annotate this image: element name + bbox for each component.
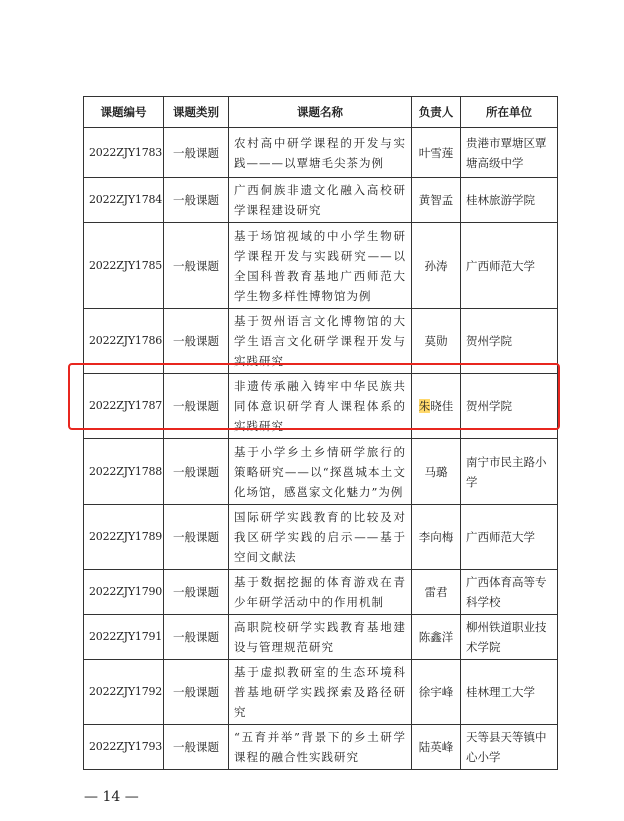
cell-category: 一般课题 [164,570,229,615]
cell-code: 2022ZJY1792 [84,660,164,725]
table-row-highlighted: 2022ZJY1787 一般课题 非遗传承融入铸牢中华民族共同体意识研学育人课程… [84,374,558,439]
cell-code: 2022ZJY1791 [84,615,164,660]
cell-code: 2022ZJY1786 [84,309,164,374]
cell-title: 广西侗族非遗文化融入高校研学课程建设研究 [229,178,412,223]
cell-unit: 天等县天等镇中心小学 [461,725,558,770]
table-row: 2022ZJY1785 一般课题 基于场馆视域的中小学生物研学课程开发与实践研究… [84,223,558,309]
cell-leader: 黄智孟 [412,178,461,223]
cell-leader: 雷君 [412,570,461,615]
cell-title: 基于数据挖掘的体育游戏在青少年研学活动中的作用机制 [229,570,412,615]
cell-leader: 叶雪莲 [412,128,461,178]
cell-title: 基于小学乡土乡情研学旅行的策略研究——以“探邕城本土文化场馆，感邕家文化魅力”为… [229,439,412,505]
cell-leader: 李向梅 [412,505,461,570]
cell-unit: 柳州铁道职业技术学院 [461,615,558,660]
cell-title: 高职院校研学实践教育基地建设与管理规范研究 [229,615,412,660]
cell-code: 2022ZJY1787 [84,374,164,439]
table-row: 2022ZJY1790 一般课题 基于数据挖掘的体育游戏在青少年研学活动中的作用… [84,570,558,615]
cell-leader: 马璐 [412,439,461,505]
cell-title: 基于虚拟教研室的生态环境科普基地研学实践探索及路径研究 [229,660,412,725]
table-row: 2022ZJY1789 一般课题 国际研学实践教育的比较及对我区研学实践的启示—… [84,505,558,570]
cell-unit: 南宁市民主路小学 [461,439,558,505]
header-leader: 负责人 [412,97,461,128]
cell-title: 农村高中研学课程的开发与实践———以覃塘毛尖茶为例 [229,128,412,178]
cell-title: 基于贺州语言文化博物馆的大学生语言文化研学课程开发与实践研究 [229,309,412,374]
cell-unit: 贵港市覃塘区覃塘高级中学 [461,128,558,178]
cell-leader: 孙涛 [412,223,461,309]
cell-category: 一般课题 [164,505,229,570]
header-title: 课题名称 [229,97,412,128]
cell-leader: 徐宇峰 [412,660,461,725]
cell-code: 2022ZJY1783 [84,128,164,178]
cell-category: 一般课题 [164,615,229,660]
cell-category: 一般课题 [164,439,229,505]
cell-unit: 广西体育高等专科学校 [461,570,558,615]
header-code: 课题编号 [84,97,164,128]
header-category: 课题类别 [164,97,229,128]
cell-category: 一般课题 [164,309,229,374]
cell-category: 一般课题 [164,374,229,439]
cell-code: 2022ZJY1788 [84,439,164,505]
leader-highlighted-char: 朱 [419,399,431,413]
page-number: — 14 — [84,789,139,805]
table-row: 2022ZJY1793 一般课题 “五育并举”背景下的乡土研学课程的融合性实践研… [84,725,558,770]
cell-unit: 广西师范大学 [461,223,558,309]
cell-category: 一般课题 [164,178,229,223]
cell-code: 2022ZJY1784 [84,178,164,223]
cell-category: 一般课题 [164,660,229,725]
cell-code: 2022ZJY1785 [84,223,164,309]
cell-category: 一般课题 [164,128,229,178]
cell-unit: 贺州学院 [461,309,558,374]
cell-leader: 陈鑫洋 [412,615,461,660]
table-row: 2022ZJY1786 一般课题 基于贺州语言文化博物馆的大学生语言文化研学课程… [84,309,558,374]
cell-unit: 广西师范大学 [461,505,558,570]
project-table: 课题编号 课题类别 课题名称 负责人 所在单位 2022ZJY1783 一般课题… [83,96,558,770]
cell-code: 2022ZJY1789 [84,505,164,570]
cell-leader: 莫勋 [412,309,461,374]
cell-category: 一般课题 [164,725,229,770]
cell-leader: 陆英峰 [412,725,461,770]
cell-unit: 桂林理工大学 [461,660,558,725]
cell-category: 一般课题 [164,223,229,309]
table-row: 2022ZJY1783 一般课题 农村高中研学课程的开发与实践———以覃塘毛尖茶… [84,128,558,178]
cell-title: 非遗传承融入铸牢中华民族共同体意识研学育人课程体系的实践研究 [229,374,412,439]
cell-title: 国际研学实践教育的比较及对我区研学实践的启示——基于空间文献法 [229,505,412,570]
cell-unit: 桂林旅游学院 [461,178,558,223]
cell-unit: 贺州学院 [461,374,558,439]
table-row: 2022ZJY1788 一般课题 基于小学乡土乡情研学旅行的策略研究——以“探邕… [84,439,558,505]
cell-title: “五育并举”背景下的乡土研学课程的融合性实践研究 [229,725,412,770]
leader-rest: 晓佳 [430,399,453,413]
cell-title: 基于场馆视域的中小学生物研学课程开发与实践研究——以全国科普教育基地广西师范大学… [229,223,412,309]
cell-code: 2022ZJY1793 [84,725,164,770]
cell-code: 2022ZJY1790 [84,570,164,615]
header-unit: 所在单位 [461,97,558,128]
table-row: 2022ZJY1784 一般课题 广西侗族非遗文化融入高校研学课程建设研究 黄智… [84,178,558,223]
table-row: 2022ZJY1791 一般课题 高职院校研学实践教育基地建设与管理规范研究 陈… [84,615,558,660]
table-header-row: 课题编号 课题类别 课题名称 负责人 所在单位 [84,97,558,128]
cell-leader: 朱晓佳 [412,374,461,439]
table-row: 2022ZJY1792 一般课题 基于虚拟教研室的生态环境科普基地研学实践探索及… [84,660,558,725]
